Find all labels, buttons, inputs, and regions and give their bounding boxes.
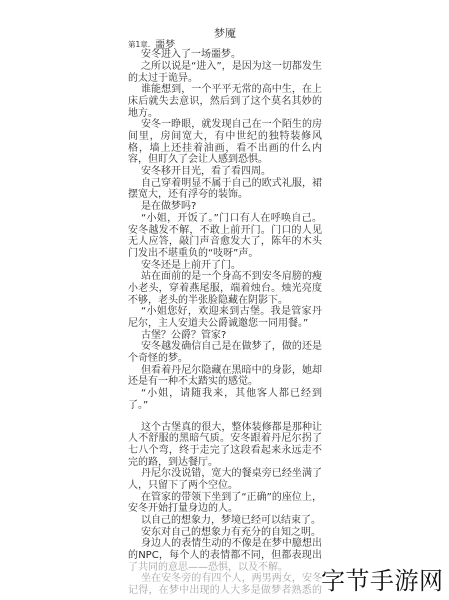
chapter-number: 第1章. bbox=[128, 40, 150, 49]
text-line: 记得，在梦中出现的人大多是做梦者熟悉的 bbox=[128, 585, 322, 597]
text-line: 安冬越发确信自己是在做梦了，做的还是 bbox=[128, 341, 322, 353]
text-line: 身边人的表情生动的不像是在梦中臆想出 bbox=[128, 538, 322, 550]
text-line: 了共同的意思——恐惧，以及不解。 bbox=[128, 562, 322, 574]
text-line: 完的路，到达餐厅。 bbox=[128, 457, 322, 469]
text-line: 间里，房间宽大，有中世纪的独特装修风 bbox=[128, 131, 322, 143]
text-line: 但看着丹尼尔隐藏在黑暗中的身影，她却 bbox=[128, 365, 322, 377]
text-line: “小姐，请随我来，其他客人都已经到 bbox=[128, 388, 322, 400]
paragraph: 在管家的带领下坐到了“正确”的座位上， 安冬开始打量身边的人。 bbox=[128, 492, 322, 515]
text-line: 站在面前的是一个身高不到安冬肩膀的瘦 bbox=[128, 271, 322, 283]
text-line: 安东对自己的想象力有充分的自知之明。 bbox=[128, 527, 322, 539]
paragraph: 是在做梦吗? bbox=[128, 201, 322, 213]
text-line: 谁能想到，一个平平无常的高中生，在上 bbox=[128, 84, 322, 96]
text-line: 无人应答，敲门声音愈发大了，陈年的木头 bbox=[128, 236, 322, 248]
text-line: 个奇怪的梦。 bbox=[128, 353, 322, 365]
document-page: 梦魇 第1章.噩梦 安冬进入了一场噩梦。 之所以说是“进入”，是因为这一切都发生… bbox=[0, 0, 449, 600]
text-line: “小姐您好，欢迎来到古堡。我是管家丹 bbox=[128, 306, 322, 318]
section-gap bbox=[128, 412, 322, 422]
paragraph: 安冬还是上前开了门。 bbox=[128, 260, 322, 272]
text-line: 地方。 bbox=[128, 108, 322, 120]
text-line: 人，只留下了两个空位。 bbox=[128, 480, 322, 492]
text-line: 以自己的想象力，梦境已经可以结束了。 bbox=[128, 515, 322, 527]
text-line: 安冬开始打量身边的人。 bbox=[128, 503, 322, 515]
paragraph: 坐在安冬旁的有四个人，两男两女，安冬 记得，在梦中出现的人大多是做梦者熟悉的 bbox=[128, 573, 322, 596]
text-line: 之所以说是“进入”，是因为这一切都发生 bbox=[128, 61, 322, 73]
text-line: 不够，老头的半张脸隐藏在阴影下。 bbox=[128, 295, 322, 307]
paragraph: 安冬移开目光，看了看四周。 bbox=[128, 166, 322, 178]
paragraph: “小姐，开饭了。”门口有人在呼唤自己。 安冬越发不解，不敢上前开门。门口的人见 … bbox=[128, 213, 322, 260]
text-line: 安冬还是上前开了门。 bbox=[128, 260, 322, 272]
text-line: 门发出不堪重负的“吱呀”声。 bbox=[128, 248, 322, 260]
text-line: 了。” bbox=[128, 400, 322, 412]
text-line: 七八个弯，终于走完了这段看起来永远走不 bbox=[128, 445, 322, 457]
paragraph: 以自己的想象力，梦境已经可以结束了。 bbox=[128, 515, 322, 527]
text-line: 丹尼尔没说错，宽大的餐桌旁已经坐满了 bbox=[128, 468, 322, 480]
text-line: 人不舒服的黑暗气质。安冬跟着丹尼尔拐了 bbox=[128, 433, 322, 445]
paragraph: “小姐您好，欢迎来到古堡。我是管家丹 尼尔，主人安道夫公爵诚邀您一同用餐。” bbox=[128, 306, 322, 329]
text-line: 尼尔，主人安道夫公爵诚邀您一同用餐。” bbox=[128, 318, 322, 330]
paragraph: 丹尼尔没说错，宽大的餐桌旁已经坐满了 人，只留下了两个空位。 bbox=[128, 468, 322, 491]
text-line: 还是有一种不太踏实的感觉。 bbox=[128, 376, 322, 388]
text-line: 古堡？公爵？管家? bbox=[128, 330, 322, 342]
text-line: 的NPC，每个人的表情都不同，但都表现出 bbox=[128, 550, 322, 562]
paragraph: 安东对自己的想象力有充分的自知之明。 bbox=[128, 527, 322, 539]
paragraph: 之所以说是“进入”，是因为这一切都发生 的太过于诡异。 bbox=[128, 61, 322, 84]
paragraph: 站在面前的是一个身高不到安冬肩膀的瘦 小老头，穿着燕尾服，端着烛台。烛光亮度 不… bbox=[128, 271, 322, 306]
text-line: 格，墙上还挂着油画，看不出画的什么内 bbox=[128, 143, 322, 155]
text-line: 安冬进入了一场噩梦。 bbox=[128, 49, 322, 61]
text-line: 小老头，穿着燕尾服，端着烛台。烛光亮度 bbox=[128, 283, 322, 295]
text-line: 安冬越发不解，不敢上前开门。门口的人见 bbox=[128, 225, 322, 237]
text-line: 床后就失去意识，然后到了这个莫名其妙的 bbox=[128, 96, 322, 108]
text-line: 的太过于诡异。 bbox=[128, 73, 322, 85]
text-line: 安冬一睁眼，就发现自己在一个陌生的房 bbox=[128, 119, 322, 131]
paragraph: “小姐，请随我来，其他客人都已经到 了。” bbox=[128, 388, 322, 411]
text-line: 摆宽大，还有浮夸的装饰。 bbox=[128, 189, 322, 201]
body-text: 安冬进入了一场噩梦。 之所以说是“进入”，是因为这一切都发生 的太过于诡异。 谁… bbox=[128, 49, 322, 597]
text-line: 安冬移开目光，看了看四周。 bbox=[128, 166, 322, 178]
paragraph: 古堡？公爵？管家? bbox=[128, 330, 322, 342]
paragraph: 谁能想到，一个平平无常的高中生，在上 床后就失去意识，然后到了这个莫名其妙的 地… bbox=[128, 84, 322, 119]
text-line: 这个古堡真的很大，整体装修都是那种让 bbox=[128, 422, 322, 434]
site-watermark: 字节手游网 bbox=[321, 568, 444, 594]
paragraph: 但看着丹尼尔隐藏在黑暗中的身影，她却 还是有一种不太踏实的感觉。 bbox=[128, 365, 322, 388]
paragraph: 安冬一睁眼，就发现自己在一个陌生的房 间里，房间宽大，有中世纪的独特装修风 格，… bbox=[128, 119, 322, 166]
paragraph: 安冬进入了一场噩梦。 bbox=[128, 49, 322, 61]
paragraph: 这个古堡真的很大，整体装修都是那种让 人不舒服的黑暗气质。安冬跟着丹尼尔拐了 七… bbox=[128, 422, 322, 469]
text-line: 自己穿着明显不属于自己的欧式礼服，裙 bbox=[128, 178, 322, 190]
text-line: 是在做梦吗? bbox=[128, 201, 322, 213]
text-line: 在管家的带领下坐到了“正确”的座位上， bbox=[128, 492, 322, 504]
paragraph: 自己穿着明显不属于自己的欧式礼服，裙 摆宽大，还有浮夸的装饰。 bbox=[128, 178, 322, 201]
text-line: 容，但盯久了会让人感到恐惧。 bbox=[128, 154, 322, 166]
text-line: “小姐，开饭了。”门口有人在呼唤自己。 bbox=[128, 213, 322, 225]
paragraph: 安冬越发确信自己是在做梦了，做的还是 个奇怪的梦。 bbox=[128, 341, 322, 364]
text-line: 坐在安冬旁的有四个人，两男两女，安冬 bbox=[128, 573, 322, 585]
paragraph: 身边人的表情生动的不像是在梦中臆想出 的NPC，每个人的表情都不同，但都表现出 … bbox=[128, 538, 322, 573]
